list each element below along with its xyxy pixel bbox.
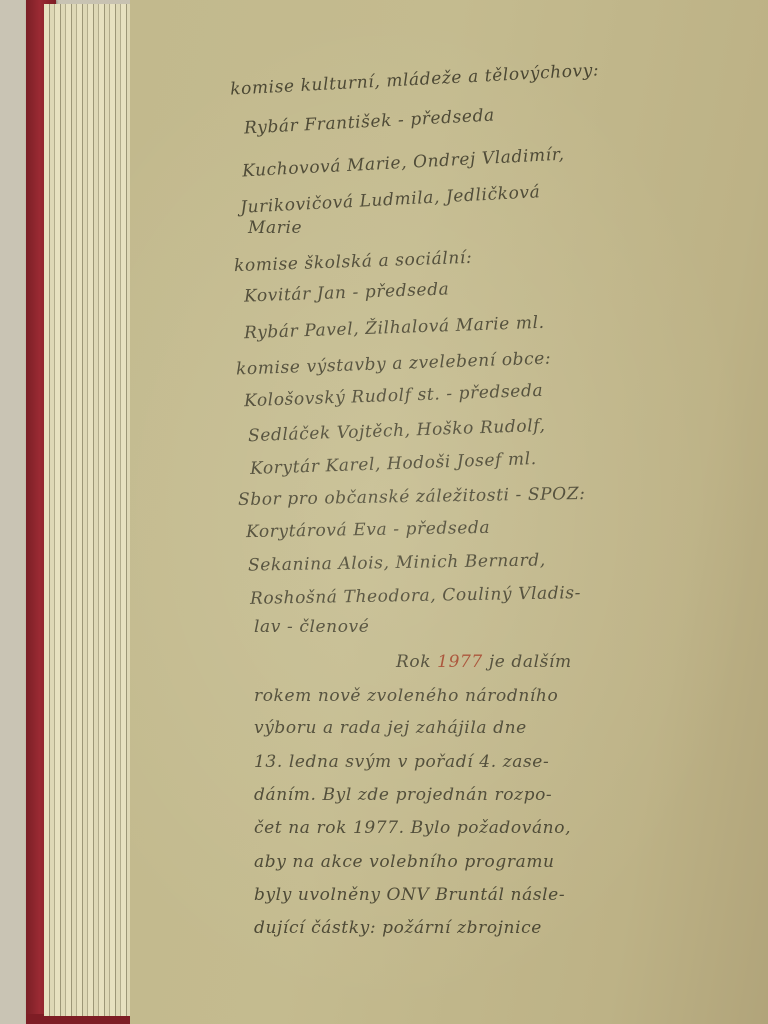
text-line: Sedláček Vojtěch, Hoško Rudolf, [248,416,546,446]
text-line: Rybár František - předseda [244,105,496,138]
text-line: komise školská a sociální: [234,248,473,276]
text-line: Korytár Karel, Hodoši Josef ml. [250,449,537,479]
paragraph-lead: Rok [396,652,431,672]
paragraph-first-line: Rok 1977 je dalším [396,652,572,672]
text-line: Rybár Pavel, Žilhalová Marie ml. [244,313,545,343]
text-line: Jurikovičová Ludmila, Jedličková [240,182,541,218]
text-line: Sekanina Alois, Minich Bernard, [248,550,546,575]
text-line: čet na rok 1977. Bylo požadováno, [254,818,571,838]
text-line: komise výstavby a zvelebení obce: [236,349,552,380]
text-line: dující částky: požární zbrojnice [254,918,542,938]
handwritten-page: komise kulturní, mládeže a tělovýchovy: … [130,0,768,1024]
text-line: Marie [248,218,302,238]
text-line: aby na akce volebního programu [254,852,555,872]
text-line: Kološovský Rudolf st. - předseda [244,381,544,411]
text-line: Kuchovová Marie, Ondrej Vladimír, [242,145,565,182]
page-stack-edges [44,4,135,1016]
text-line: rokem nově zvoleného národního [254,686,558,706]
text-line: Roshošná Theodora, Couliný Vladis- [250,583,581,609]
text-line: Sbor pro občanské záležitosti - SPOZ: [238,484,586,510]
text-line: výboru a rada jej zahájila dne [254,718,527,738]
paragraph-first-rest: je dalším [489,652,572,672]
text-line: Kovitár Jan - předseda [244,279,450,306]
year-highlight: 1977 [437,652,483,672]
book-photo: komise kulturní, mládeže a tělovýchovy: … [0,0,768,1024]
text-line: Korytárová Eva - předseda [246,518,490,542]
text-line: byly uvolněny ONV Bruntál násle- [254,885,565,905]
text-line: lav - členové [254,617,369,637]
text-line: komise kulturní, mládeže a tělovýchovy: [230,60,600,99]
text-line: dáním. Byl zde projednán rozpo- [254,785,552,805]
text-line: 13. ledna svým v pořadí 4. zase- [254,752,549,772]
